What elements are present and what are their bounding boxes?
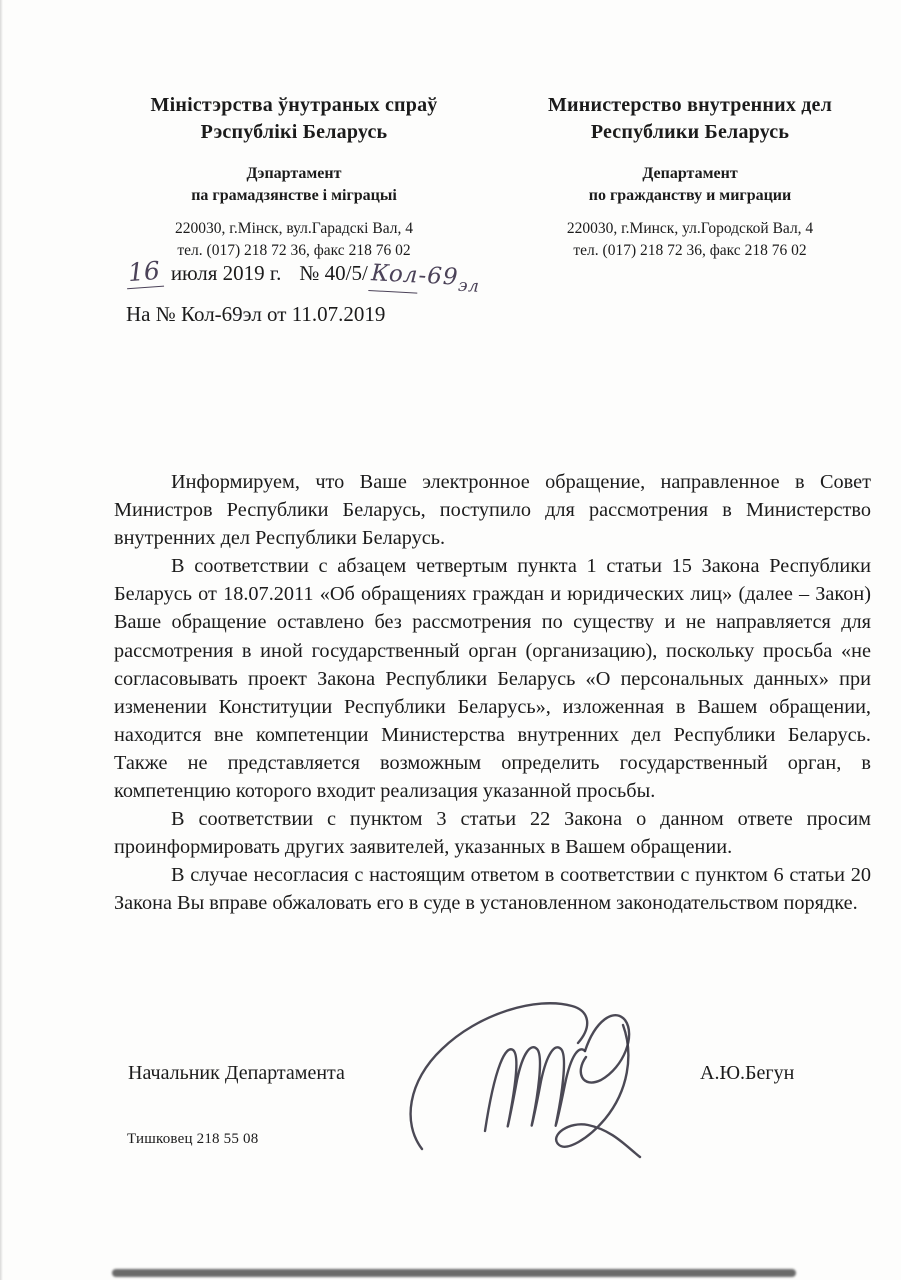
body-paragraph-2: В соответствии с абзацем четвертым пункт… bbox=[114, 552, 871, 805]
body-paragraph-3: В соответствии с пунктом 3 статьи 22 Зак… bbox=[114, 805, 871, 861]
department-name-by: Дэпартамент па грамадзянстве і міграцыі bbox=[118, 163, 470, 207]
body-paragraph-1: Информируем, что Ваше электронное обраще… bbox=[114, 468, 871, 552]
outgoing-number-label: № 40/5/ bbox=[299, 261, 367, 285]
handwritten-signature bbox=[400, 993, 662, 1179]
month-year-text: июля 2019 г. bbox=[171, 261, 282, 285]
handwritten-day: 16 bbox=[125, 255, 164, 289]
letterhead-belarusian: Міністэрства ўнутраных спраў Рэспублікі … bbox=[118, 92, 470, 262]
signer-name: А.Ю.Бегун bbox=[700, 1062, 794, 1085]
ministry-name-by-line2: Рэспублікі Беларусь bbox=[118, 119, 470, 146]
body-paragraph-4: В случае несогласия с настоящим ответом … bbox=[114, 861, 871, 917]
signer-position-title: Начальник Департамента bbox=[128, 1062, 345, 1085]
ministry-name-by: Міністэрства ўнутраных спраў Рэспублікі … bbox=[118, 92, 470, 146]
ministry-name-ru-line1: Министерство внутренних дел bbox=[514, 92, 866, 119]
handwritten-number-rest: -69 bbox=[418, 263, 459, 291]
handwritten-number-main: Кол bbox=[368, 258, 419, 294]
scan-bar-artifact bbox=[112, 1269, 796, 1277]
department-name-by-line2: па грамадзянстве і міграцыі bbox=[118, 185, 470, 207]
letterhead-russian: Министерство внутренних дел Республики Б… bbox=[514, 92, 866, 262]
in-reply-to-line: На № Кол-69эл от 11.07.2019 bbox=[126, 299, 686, 330]
department-name-ru-line2: по гражданству и миграции bbox=[514, 185, 866, 207]
department-name-by-line1: Дэпартамент bbox=[118, 163, 470, 185]
ministry-name-ru-line2: Республики Беларусь bbox=[514, 119, 866, 146]
handwritten-outgoing-number: Кол-69эл bbox=[368, 258, 481, 303]
address-by: 220030, г.Мінск, вул.Гарадскі Вал, 4 bbox=[118, 218, 470, 240]
handwritten-number-suffix: эл bbox=[457, 276, 479, 297]
address-ru: 220030, г.Минск, ул.Городской Вал, 4 bbox=[514, 218, 866, 240]
scanned-letter-page: Міністэрства ўнутраных спраў Рэспублікі … bbox=[0, 0, 901, 1280]
outgoing-reference-line: 16июля 2019 г.№ 40/5/Кол-69эл bbox=[126, 256, 686, 297]
ministry-name-by-line1: Міністэрства ўнутраных спраў bbox=[118, 92, 470, 119]
scan-edge-artifact bbox=[0, 0, 3, 1280]
executor-contact-line: Тишковец 218 55 08 bbox=[127, 1131, 258, 1148]
department-name-ru: Департамент по гражданству и миграции bbox=[514, 163, 866, 207]
department-name-ru-line1: Департамент bbox=[514, 163, 866, 185]
reference-block: 16июля 2019 г.№ 40/5/Кол-69эл На № Кол-6… bbox=[126, 256, 686, 330]
letter-body: Информируем, что Ваше электронное обраще… bbox=[114, 468, 871, 918]
ministry-name-ru: Министерство внутренних дел Республики Б… bbox=[514, 92, 866, 146]
